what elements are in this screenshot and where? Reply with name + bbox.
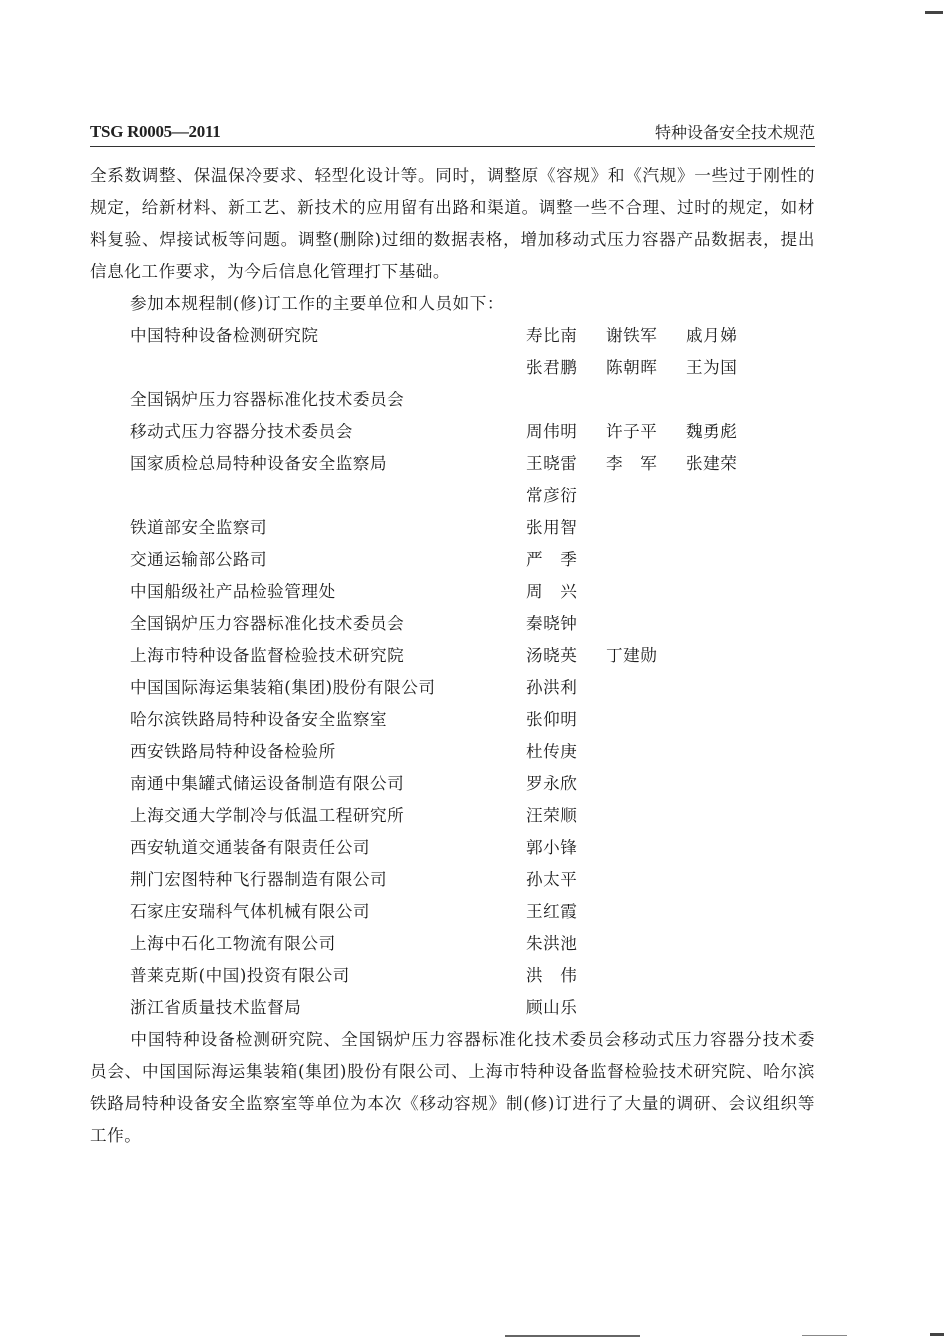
body-paragraph-top: 全系数调整、保温保冷要求、轻型化设计等。同时，调整原《容规》和《汽规》一些过于刚…: [90, 160, 815, 288]
roster-unit: 上海交通大学制冷与低温工程研究所: [130, 800, 404, 832]
roster-person: 郭小锋: [526, 832, 606, 864]
standard-code: TSG R0005—2011: [90, 122, 220, 142]
roster-people: 张仰明: [526, 704, 606, 736]
roster-person: 王红霞: [526, 896, 606, 928]
roster-person: 魏勇彪: [686, 416, 766, 448]
body-paragraph-bottom-text: 中国特种设备检测研究院、全国锅炉压力容器标准化技术委员会移动式压力容器分技术委员…: [90, 1030, 815, 1145]
roster-people: 张君鹏陈朝晖王为国: [526, 352, 766, 384]
roster-unit: 国家质检总局特种设备安全监察局: [130, 448, 387, 480]
roster-unit: 铁道部安全监察司: [130, 512, 267, 544]
roster-people: 朱洪池: [526, 928, 606, 960]
roster-unit: 中国特种设备检测研究院: [130, 320, 319, 352]
roster-unit: 全国锅炉压力容器标准化技术委员会: [130, 608, 404, 640]
roster-unit: 南通中集罐式储运设备制造有限公司: [130, 768, 404, 800]
roster-unit: 普莱克斯(中国)投资有限公司: [130, 960, 350, 992]
roster-person: 孙洪利: [526, 672, 606, 704]
roster-row: 荆门宏图特种飞行器制造有限公司孙太平: [130, 864, 830, 896]
roster-people: 顾山乐: [526, 992, 606, 1024]
contributor-roster: 中国特种设备检测研究院寿比南谢铁军戚月娣张君鹏陈朝晖王为国全国锅炉压力容器标准化…: [130, 320, 830, 1024]
roster-person: 汤晓英: [526, 640, 606, 672]
roster-people: 寿比南谢铁军戚月娣: [526, 320, 766, 352]
roster-person: 张仰明: [526, 704, 606, 736]
series-title: 特种设备安全技术规范: [655, 120, 815, 143]
roster-row: 张君鹏陈朝晖王为国: [130, 352, 830, 384]
roster-people: 王晓雷李 军张建荣: [526, 448, 766, 480]
roster-person: 周伟明: [526, 416, 606, 448]
roster-intro: 参加本规程制(修)订工作的主要单位和人员如下：: [130, 288, 504, 320]
roster-unit: 上海中石化工物流有限公司: [130, 928, 336, 960]
roster-row: 交通运输部公路司严 季: [130, 544, 830, 576]
roster-unit: 上海市特种设备监督检验技术研究院: [130, 640, 404, 672]
roster-row: 石家庄安瑞科气体机械有限公司王红霞: [130, 896, 830, 928]
roster-person: 张君鹏: [526, 352, 606, 384]
roster-row: 移动式压力容器分技术委员会周伟明许子平魏勇彪: [130, 416, 830, 448]
roster-people: 秦晓钟: [526, 608, 606, 640]
roster-people: 周 兴: [526, 576, 606, 608]
roster-row: 全国锅炉压力容器标准化技术委员会秦晓钟: [130, 608, 830, 640]
roster-row: 哈尔滨铁路局特种设备安全监察室张仰明: [130, 704, 830, 736]
roster-row: 全国锅炉压力容器标准化技术委员会: [130, 384, 830, 416]
roster-row: 中国船级社产品检验管理处周 兴: [130, 576, 830, 608]
roster-person: 罗永欣: [526, 768, 606, 800]
roster-row: 南通中集罐式储运设备制造有限公司罗永欣: [130, 768, 830, 800]
roster-person: 洪 伟: [526, 960, 606, 992]
roster-row: 浙江省质量技术监督局顾山乐: [130, 992, 830, 1024]
roster-person: 许子平: [606, 416, 686, 448]
roster-people: 汪荣顺: [526, 800, 606, 832]
roster-person: 李 军: [606, 448, 686, 480]
roster-person: 汪荣顺: [526, 800, 606, 832]
roster-person: 周 兴: [526, 576, 606, 608]
roster-unit: 中国船级社产品检验管理处: [130, 576, 336, 608]
roster-unit: 移动式压力容器分技术委员会: [130, 416, 353, 448]
roster-unit: 浙江省质量技术监督局: [130, 992, 301, 1024]
roster-person: 陈朝晖: [606, 352, 686, 384]
roster-row: 中国国际海运集装箱(集团)股份有限公司孙洪利: [130, 672, 830, 704]
roster-person: 王晓雷: [526, 448, 606, 480]
running-header: TSG R0005—2011 特种设备安全技术规范: [90, 120, 815, 147]
scan-mark-bottom-line: [505, 1335, 640, 1337]
roster-people: 王红霞: [526, 896, 606, 928]
roster-person: 张建荣: [686, 448, 766, 480]
roster-person: 谢铁军: [606, 320, 686, 352]
roster-unit: 哈尔滨铁路局特种设备安全监察室: [130, 704, 387, 736]
roster-person: 寿比南: [526, 320, 606, 352]
roster-person: 丁建勋: [606, 640, 686, 672]
roster-people: 周伟明许子平魏勇彪: [526, 416, 766, 448]
roster-person: 王为国: [686, 352, 766, 384]
roster-row: 上海中石化工物流有限公司朱洪池: [130, 928, 830, 960]
roster-people: 杜传庚: [526, 736, 606, 768]
roster-people: 洪 伟: [526, 960, 606, 992]
roster-unit: 西安轨道交通装备有限责任公司: [130, 832, 370, 864]
scan-mark-bottom-line-2: [802, 1335, 847, 1336]
roster-person: 秦晓钟: [526, 608, 606, 640]
roster-person: 严 季: [526, 544, 606, 576]
roster-person: 常彦衍: [526, 480, 606, 512]
scan-mark-top-right: [925, 11, 943, 14]
roster-row: 铁道部安全监察司张用智: [130, 512, 830, 544]
roster-unit: 中国国际海运集装箱(集团)股份有限公司: [130, 672, 436, 704]
roster-row: 常彦衍: [130, 480, 830, 512]
body-paragraph-bottom: 中国特种设备检测研究院、全国锅炉压力容器标准化技术委员会移动式压力容器分技术委员…: [90, 1024, 815, 1152]
roster-row: 普莱克斯(中国)投资有限公司洪 伟: [130, 960, 830, 992]
roster-people: 孙太平: [526, 864, 606, 896]
roster-row: 上海市特种设备监督检验技术研究院汤晓英丁建勋: [130, 640, 830, 672]
roster-person: 顾山乐: [526, 992, 606, 1024]
roster-people: 严 季: [526, 544, 606, 576]
roster-people: 汤晓英丁建勋: [526, 640, 686, 672]
roster-row: 西安轨道交通装备有限责任公司郭小锋: [130, 832, 830, 864]
roster-people: 郭小锋: [526, 832, 606, 864]
roster-row: 国家质检总局特种设备安全监察局王晓雷李 军张建荣: [130, 448, 830, 480]
scan-mark-bottom-corner: [930, 1333, 944, 1336]
roster-unit: 全国锅炉压力容器标准化技术委员会: [130, 384, 404, 416]
roster-unit: 石家庄安瑞科气体机械有限公司: [130, 896, 370, 928]
roster-people: 常彦衍: [526, 480, 606, 512]
roster-unit: 交通运输部公路司: [130, 544, 267, 576]
roster-unit: 西安铁路局特种设备检验所: [130, 736, 336, 768]
roster-person: 朱洪池: [526, 928, 606, 960]
roster-people: 孙洪利: [526, 672, 606, 704]
roster-people: 张用智: [526, 512, 606, 544]
roster-person: 杜传庚: [526, 736, 606, 768]
roster-person: 戚月娣: [686, 320, 766, 352]
roster-row: 西安铁路局特种设备检验所杜传庚: [130, 736, 830, 768]
roster-unit: 荆门宏图特种飞行器制造有限公司: [130, 864, 387, 896]
roster-person: 孙太平: [526, 864, 606, 896]
roster-row: 中国特种设备检测研究院寿比南谢铁军戚月娣: [130, 320, 830, 352]
roster-person: 张用智: [526, 512, 606, 544]
roster-row: 上海交通大学制冷与低温工程研究所汪荣顺: [130, 800, 830, 832]
roster-people: 罗永欣: [526, 768, 606, 800]
